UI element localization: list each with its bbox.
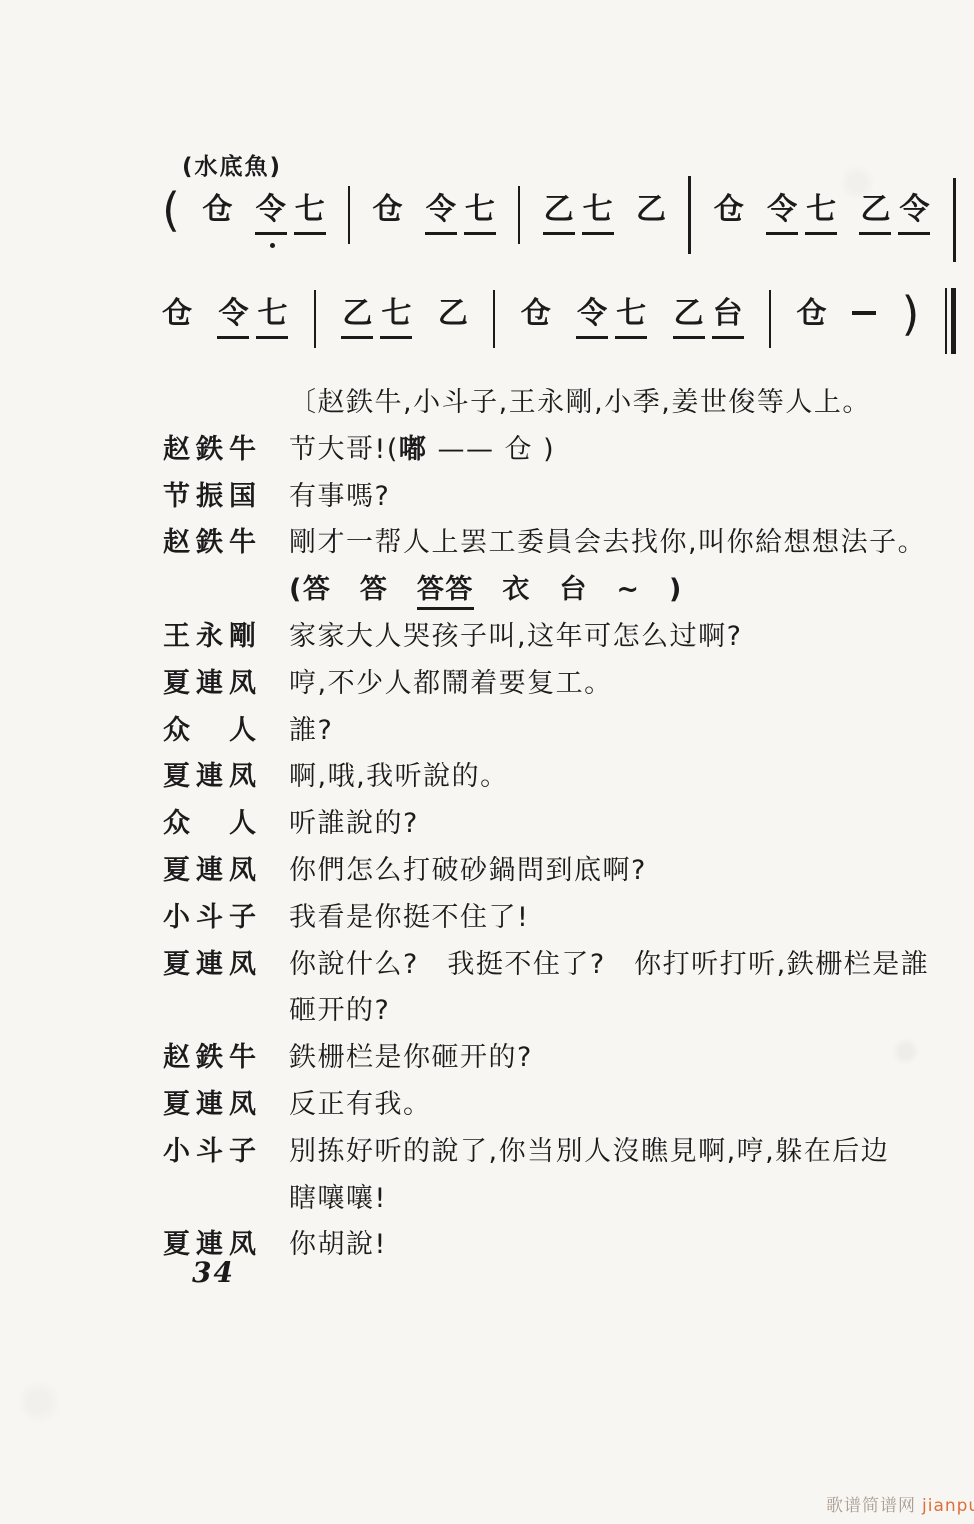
barline <box>953 178 956 262</box>
notation-beam-group: 令七 <box>576 296 647 339</box>
dialogue-row: 夏連凤啊,哦,我听說的。 <box>163 754 963 801</box>
dialogue-row: 众 人听誰說的? <box>163 801 963 848</box>
dialogue-row: 节振国有事嗎? <box>163 474 963 521</box>
dialogue-row: 夏連凤反正有我。 <box>163 1082 963 1129</box>
dialogue-fragment: 听誰說的? <box>289 808 419 839</box>
notation-note: 乙 <box>859 192 891 235</box>
final-double-barline <box>945 288 956 354</box>
barline <box>314 290 316 348</box>
dialogue-fragment: 有事嗎? <box>289 481 390 512</box>
notation-note: 仓 <box>714 192 744 228</box>
barline <box>348 186 350 244</box>
dialogue-fragment: 啊,哦,我听說的。 <box>289 761 509 792</box>
notation-note: 七 <box>805 192 837 235</box>
notation-note: 乙 <box>341 296 373 339</box>
dialogue-fragment: 你說什么? 我挺不住了? 你打听打听,鉄栅栏是誰 <box>289 949 929 980</box>
dialogue-row: 小斗子別拣好听的說了,你当別人沒瞧見啊,哼,躲在后边瞎嚷嚷! <box>163 1129 963 1223</box>
dialogue-fragment: 剛才一帮人上罢工委員会去找你,叫你給想想法子。 <box>289 527 926 558</box>
dialogue-text: 哼,不少人都鬧着要复工。 <box>289 661 963 708</box>
dialogue-line: 听誰說的? <box>289 801 963 848</box>
dialogue-row: 夏連凤你們怎么打破砂鍋問到底啊? <box>163 848 963 895</box>
dialogue-fragment: —— 仓 ) <box>427 434 555 465</box>
dialogue-fragment: 你們怎么打破砂鍋問到底啊? <box>289 855 647 886</box>
notation-note: 仓 <box>521 296 551 332</box>
notation-note: 令 <box>425 192 457 235</box>
stage-direction-row: 〔赵鉄牛,小斗子,王永剛,小季,姜世俊等人上。 <box>163 380 963 427</box>
speaker-name: 节振国 <box>163 474 289 521</box>
dialogue-line: 节大哥!(嘟 —— 仓 ) <box>289 427 963 474</box>
speaker-name: 赵鉄牛 <box>163 1035 289 1082</box>
dialogue-line: 你胡說! <box>289 1222 963 1269</box>
dialogue-row: 夏連凤你胡說! <box>163 1222 963 1269</box>
dialogue-text: 你說什么? 我挺不住了? 你打听打听,鉄栅栏是誰砸开的? <box>289 942 963 1036</box>
speaker-name: 夏連凤 <box>163 661 289 708</box>
dialogue-text: 我看是你挺不住了! <box>289 895 963 942</box>
notation-note: 令 <box>255 192 287 235</box>
dialogue-text: 〔赵鉄牛,小斗子,王永剛,小季,姜世俊等人上。 <box>289 380 963 427</box>
dialogue-line: 有事嗎? <box>289 474 963 521</box>
dialogue-fragment: 砸开的? <box>289 995 390 1026</box>
notation-lines: (仓令七仓令七乙七乙仓令七乙令仓令七乙七乙仓令七乙台仓) <box>162 192 956 346</box>
notation-note: 七 <box>256 296 288 339</box>
dialogue-fragment: 衣 台 ~ ) <box>474 574 683 605</box>
notation-beam-group: 乙令 <box>859 192 930 235</box>
dialogue-fragment: 別拣好听的說了,你当別人沒瞧見啊,哼,躲在后边 <box>289 1136 889 1167</box>
script-section: 〔赵鉄牛,小斗子,王永剛,小季,姜世俊等人上。赵鉄牛节大哥!(嘟 —— 仓 )节… <box>163 380 963 1269</box>
dialogue-line: (答 答 答答 衣 台 ~ ) <box>289 567 963 614</box>
notation-note: 乙 <box>673 296 705 339</box>
dialogue-row: 赵鉄牛鉄栅栏是你砸开的? <box>163 1035 963 1082</box>
dialogue-fragment: 家家大人哭孩子叫,这年可怎么过啊? <box>289 621 742 652</box>
notation-note: 令 <box>217 296 249 339</box>
scanned-page: (水底魚) (仓令七仓令七乙七乙仓令七乙令仓令七乙七乙仓令七乙台仓) 〔赵鉄牛,… <box>0 0 974 1524</box>
notation-beam-group: 乙台 <box>673 296 744 339</box>
page-number: 34 <box>192 1256 235 1289</box>
dialogue-line: 家家大人哭孩子叫,这年可怎么过啊? <box>289 614 963 661</box>
dialogue-fragment: (答 答 <box>289 574 417 605</box>
speaker-name: 夏連凤 <box>163 1082 289 1129</box>
notation-line: (仓令七仓令七乙七乙仓令七乙令 <box>162 192 956 242</box>
dialogue-row: 夏連凤你說什么? 我挺不住了? 你打听打听,鉄栅栏是誰砸开的? <box>163 942 963 1036</box>
dialogue-fragment: 反正有我。 <box>289 1089 432 1120</box>
notation-beam-group: 令七 <box>425 192 496 235</box>
dialogue-text: 家家大人哭孩子叫,这年可怎么过啊? <box>289 614 963 661</box>
dialogue-text: 有事嗎? <box>289 474 963 521</box>
dialogue-text: 你們怎么打破砂鍋問到底啊? <box>289 848 963 895</box>
dialogue-row: 赵鉄牛剛才一帮人上罢工委員会去找你,叫你給想想法子。(答 答 答答 衣 台 ~ … <box>163 520 963 614</box>
dialogue-row: 夏連凤哼,不少人都鬧着要复工。 <box>163 661 963 708</box>
notation-note: 令 <box>766 192 798 235</box>
barline <box>769 290 771 348</box>
dialogue-fragment: 答答 <box>417 574 474 610</box>
dialogue-text: 听誰說的? <box>289 801 963 848</box>
dialogue-row: 小斗子我看是你挺不住了! <box>163 895 963 942</box>
speaker-name: 赵鉄牛 <box>163 520 289 567</box>
notation-beam-group: 令七 <box>217 296 288 339</box>
dialogue-row: 众 人誰? <box>163 708 963 755</box>
watermark: 歌谱简谱网jianpu.cn <box>826 1491 974 1516</box>
dialogue-line: 啊,哦,我听說的。 <box>289 754 963 801</box>
notation-note: 七 <box>464 192 496 235</box>
dialogue-line: 哼,不少人都鬧着要复工。 <box>289 661 963 708</box>
speaker-name: 赵鉄牛 <box>163 427 289 474</box>
dialogue-fragment: 节大哥!( <box>289 434 399 465</box>
notation-note: 台 <box>712 296 744 339</box>
dialogue-line: 反正有我。 <box>289 1082 963 1129</box>
notation-paren: ( <box>162 190 180 230</box>
dialogue-row: 赵鉄牛节大哥!(嘟 —— 仓 ) <box>163 427 963 474</box>
dialogue-text: 节大哥!(嘟 —— 仓 ) <box>289 427 963 474</box>
notation-note: 乙 <box>543 192 575 235</box>
notation-note: 仓 <box>797 296 827 332</box>
notation-beam-group: 乙七 <box>543 192 614 235</box>
dialogue-fragment: 〔赵鉄牛,小斗子,王永剛,小季,姜世俊等人上。 <box>289 387 871 418</box>
speaker-name: 夏連凤 <box>163 848 289 895</box>
notation-note: 乙 <box>438 296 468 332</box>
barline <box>493 290 495 348</box>
dialogue-line: 誰? <box>289 708 963 755</box>
barline <box>688 176 691 254</box>
dialogue-fragment: 瞎嚷嚷! <box>289 1183 387 1214</box>
dialogue-text: 別拣好听的說了,你当別人沒瞧見啊,哼,躲在后边瞎嚷嚷! <box>289 1129 963 1223</box>
notation-note: 令 <box>576 296 608 339</box>
speaker-name: 小斗子 <box>163 1129 289 1176</box>
watermark-site-url: jianpu.cn <box>922 1496 974 1516</box>
notation-beam-group: 令七 <box>255 192 326 235</box>
dialogue-row: 王永剛家家大人哭孩子叫,这年可怎么过啊? <box>163 614 963 661</box>
dialogue-text: 反正有我。 <box>289 1082 963 1129</box>
notation-note: 令 <box>898 192 930 235</box>
percussion-pattern-title: (水底魚) <box>182 148 282 181</box>
dialogue-fragment: 鉄栅栏是你砸开的? <box>289 1042 533 1073</box>
speaker-name: 夏連凤 <box>163 942 289 989</box>
dialogue-fragment: 哼,不少人都鬧着要复工。 <box>289 668 613 699</box>
watermark-site-name: 歌谱简谱网 <box>826 1496 916 1516</box>
notation-note: 七 <box>582 192 614 235</box>
dialogue-fragment: 我看是你挺不住了! <box>289 902 529 933</box>
notation-beam-group: 乙七 <box>341 296 412 339</box>
dialogue-line: 剛才一帮人上罢工委員会去找你,叫你給想想法子。 <box>289 520 963 567</box>
dialogue-text: 啊,哦,我听說的。 <box>289 754 963 801</box>
notation-note: 仓 <box>202 192 232 228</box>
dialogue-line: 〔赵鉄牛,小斗子,王永剛,小季,姜世俊等人上。 <box>289 380 963 427</box>
notation-note: 七 <box>615 296 647 339</box>
barline <box>518 186 520 244</box>
dialogue-line: 砸开的? <box>289 988 963 1035</box>
speaker-name: 众 人 <box>163 801 289 848</box>
dialogue-text: 你胡說! <box>289 1222 963 1269</box>
dialogue-fragment: 嘟 <box>399 434 428 465</box>
dialogue-fragment: 誰? <box>289 715 333 746</box>
duration-dash <box>852 311 876 315</box>
notation-paren: ) <box>901 294 919 334</box>
dialogue-line: 別拣好听的說了,你当別人沒瞧見啊,哼,躲在后边 <box>289 1129 963 1176</box>
speaker-name: 众 人 <box>163 708 289 755</box>
notation-note: 七 <box>380 296 412 339</box>
dialogue-fragment: 你胡說! <box>289 1229 387 1260</box>
notation-note: 七 <box>294 192 326 235</box>
dialogue-line: 瞎嚷嚷! <box>289 1176 963 1223</box>
notation-line: 仓令七乙七乙仓令七乙台仓) <box>162 296 956 346</box>
notation-note: 仓 <box>372 192 402 228</box>
dialogue-text: 鉄栅栏是你砸开的? <box>289 1035 963 1082</box>
notation-note: 乙 <box>636 192 666 228</box>
dot-mark <box>270 243 275 248</box>
dialogue-text: 誰? <box>289 708 963 755</box>
dialogue-line: 鉄栅栏是你砸开的? <box>289 1035 963 1082</box>
speaker-name: 夏連凤 <box>163 754 289 801</box>
dialogue-line: 你說什么? 我挺不住了? 你打听打听,鉄栅栏是誰 <box>289 942 963 989</box>
notation-note: 仓 <box>162 296 192 332</box>
speaker-name: 王永剛 <box>163 614 289 661</box>
speaker-name: 小斗子 <box>163 895 289 942</box>
dialogue-line: 你們怎么打破砂鍋問到底啊? <box>289 848 963 895</box>
dialogue-line: 我看是你挺不住了! <box>289 895 963 942</box>
notation-beam-group: 令七 <box>766 192 837 235</box>
dialogue-text: 剛才一帮人上罢工委員会去找你,叫你給想想法子。(答 答 答答 衣 台 ~ ) <box>289 520 963 614</box>
